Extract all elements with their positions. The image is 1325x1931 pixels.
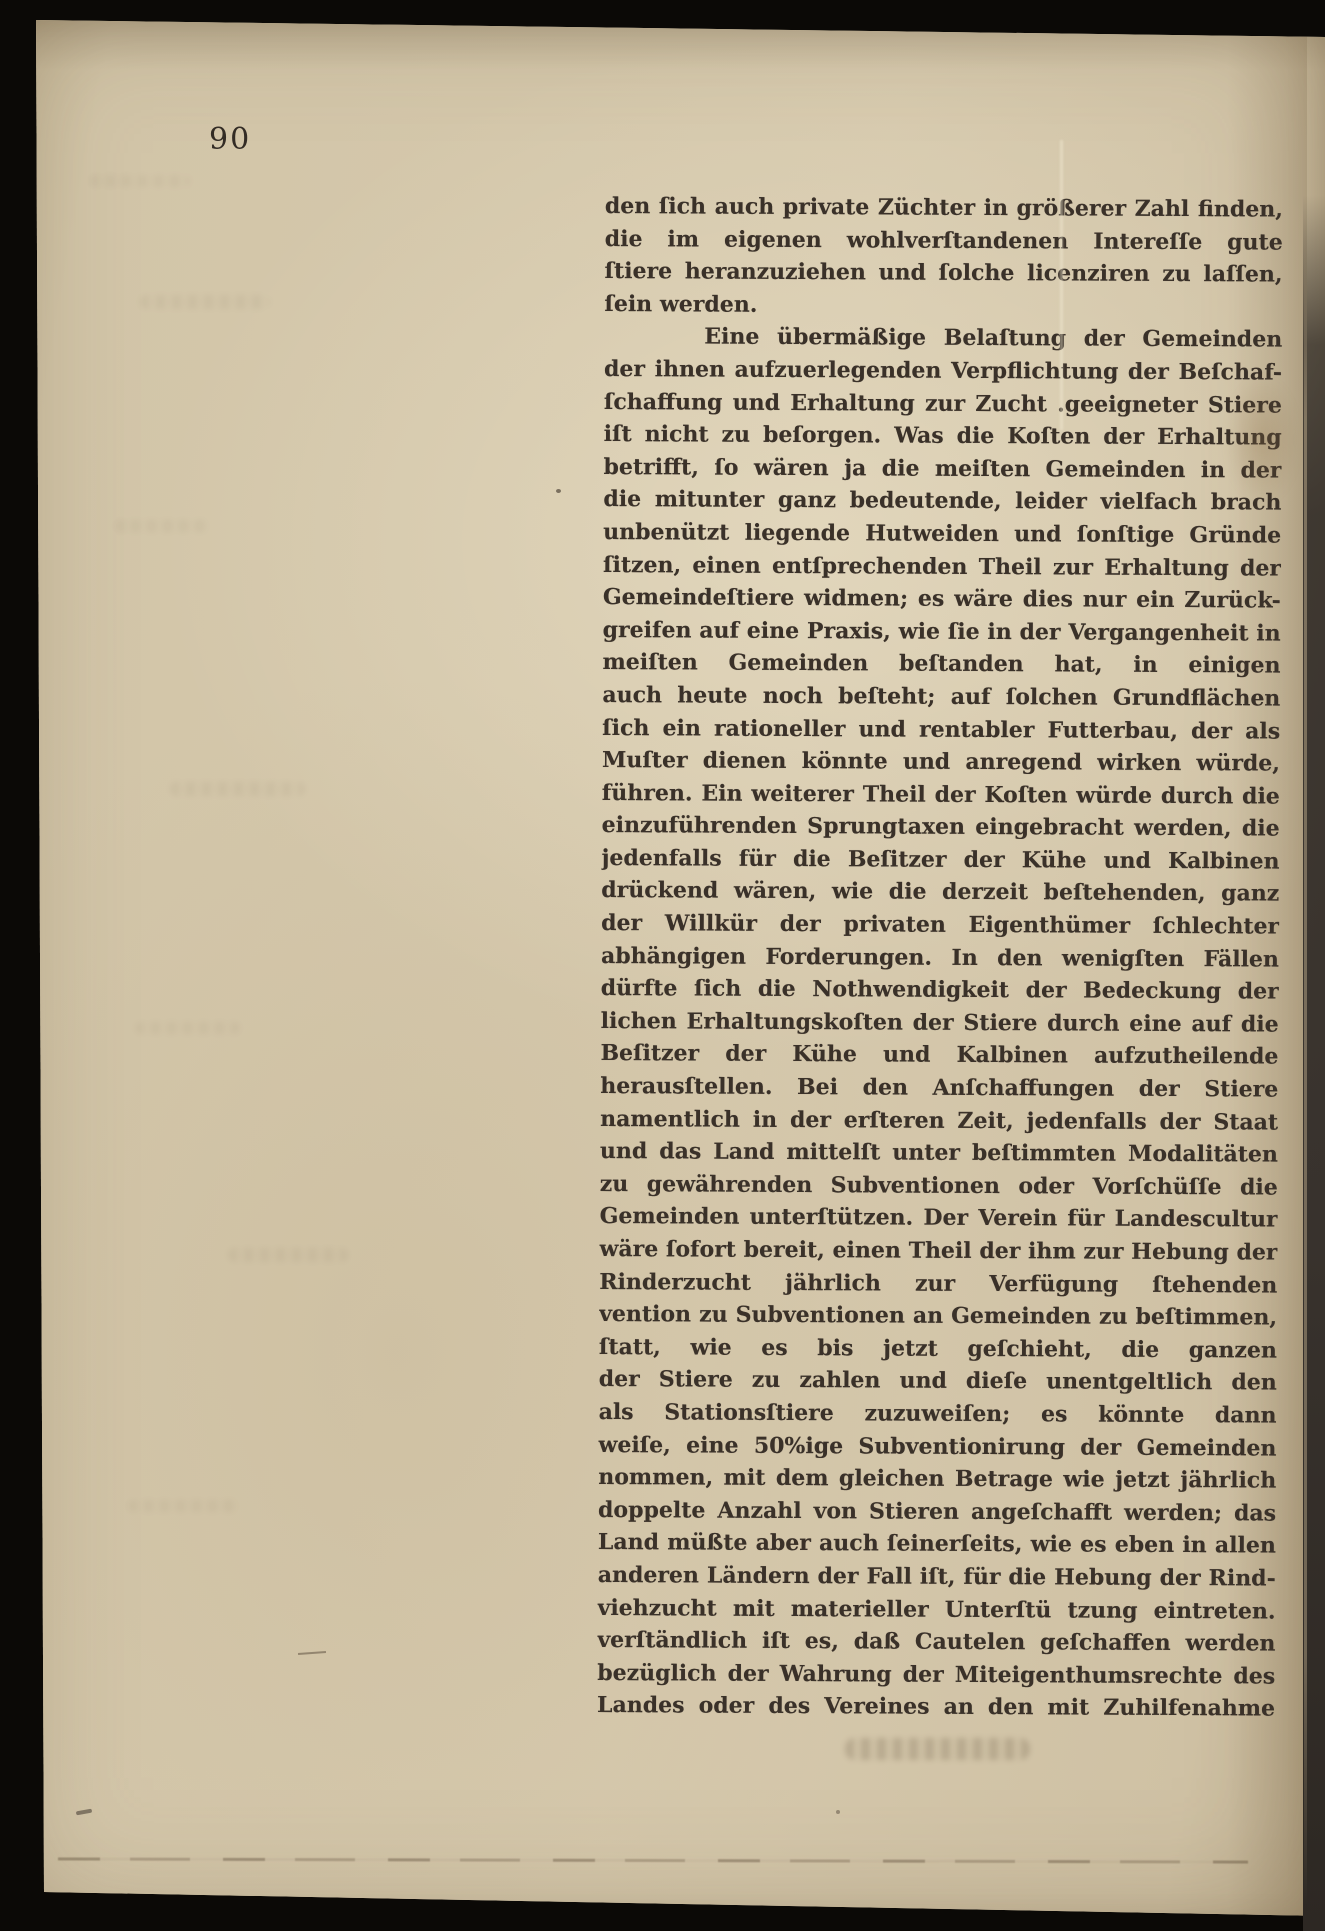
ink-speck [556, 489, 561, 493]
text-line: dürfte ſich die Nothwendigkeit der Bedec… [601, 972, 1279, 1008]
text-line: nommen, mit dem gleichen Betrage wie jet… [598, 1461, 1276, 1497]
text-line: namentlich in der erſteren Zeit, jedenfa… [600, 1103, 1278, 1139]
text-line: Eine übermäßige Belaſtung der Gemeinden … [604, 320, 1282, 356]
text-line: doppelte Anzahl von Stieren angeſchafft … [598, 1494, 1276, 1530]
text-line: Rinderzucht jährlich zur Verfügung ſtehe… [599, 1266, 1277, 1302]
show-through-text [135, 1022, 240, 1034]
text-line: drückend wären, wie die derzeit beſtehen… [601, 874, 1279, 910]
text-line: Gemeinden unterſtützen. Der Verein für L… [600, 1200, 1278, 1236]
show-through-text [90, 175, 190, 187]
text-line: iſt nicht zu beſorgen. Was die Koſten de… [604, 418, 1282, 454]
show-through-text [228, 1248, 348, 1262]
text-line: ſchaffung und Erhaltung zur Zucht .geeig… [604, 386, 1282, 422]
show-through-text [128, 1500, 240, 1512]
text-line: und das Land mittelſt unter beſtimmten M… [600, 1135, 1278, 1171]
text-line: herausſtellen. Bei den Anſchaffungen der… [600, 1070, 1278, 1106]
text-line: Land müßte aber auch ſeinerſeits, wie es… [598, 1526, 1276, 1562]
text-line: ſich ein rationeller und rentabler Futte… [602, 711, 1280, 747]
show-through-text [140, 295, 270, 309]
margin-mark [298, 1651, 326, 1655]
text-line: verſtändlich iſt es, daß Cautelen geſcha… [597, 1624, 1275, 1660]
text-line: einzuführenden Sprungtaxen eingebracht w… [602, 809, 1280, 845]
text-line: ſtiere heranzuziehen und ſolche licenzir… [604, 255, 1282, 291]
text-line: betrifft, ſo wären ja die meiſten Gemein… [603, 451, 1281, 487]
text-line: abhängigen Forderungen. In den wenigſten… [601, 940, 1279, 976]
text-line: zu gewährenden Subventionen oder Vorſchü… [600, 1168, 1278, 1204]
paper-top-shading [0, 0, 1325, 70]
text-line: den ſich auch private Züchter in größere… [605, 190, 1283, 226]
paper-stain [1225, 375, 1300, 505]
text-line: ſtatt, wie es bis jetzt geſchieht, die g… [599, 1331, 1277, 1367]
text-line: meiſten Gemeinden beſtanden hat, in eini… [602, 646, 1280, 682]
text-line: lichen Erhaltungskoſten der Stiere durch… [601, 1005, 1279, 1041]
text-line: der ihnen aufzuerlegenden Verpflichtung … [604, 353, 1282, 389]
adjacent-page-edge-highlight [1304, 240, 1307, 1905]
text-line: die im eigenen wohlverſtandenen Intereſſ… [605, 223, 1283, 259]
text-line: die mitunter ganz bedeutende, leider vie… [603, 483, 1281, 519]
text-line: viehzucht mit materieller Unterſtü tzung… [597, 1592, 1275, 1628]
text-line: unbenützt liegende Hutweiden und ſonſtig… [603, 516, 1281, 552]
text-line: der Stiere zu zahlen und dieſe unentgelt… [599, 1363, 1277, 1399]
text-line: wäre ſofort bereit, einen Theil der ihm … [599, 1233, 1277, 1269]
show-through-text [170, 782, 305, 796]
text-block: den ſich auch private Züchter in größere… [597, 190, 1283, 1725]
text-line: greifen auf eine Praxis, wie ſie in der … [603, 614, 1281, 650]
text-line: Landes oder des Vereines an den mit Zuhi… [597, 1689, 1275, 1725]
text-line: weiſe, eine 50%ige Subventionirung der G… [598, 1429, 1276, 1465]
text-line: vention zu Subventionen an Gemeinden zu … [599, 1298, 1277, 1334]
text-line: anderen Ländern der Fall iſt, für die He… [598, 1559, 1276, 1595]
text-line: auch heute noch beſteht; auf ſolchen Gru… [602, 679, 1280, 715]
text-line: ſein werden. [604, 288, 1282, 324]
show-through-text [845, 1738, 1030, 1760]
show-through-text [115, 520, 210, 532]
text-line: Gemeindeſtiere widmen; es wäre dies nur … [603, 581, 1281, 617]
text-line: bezüglich der Wahrung der Miteigenthumsr… [597, 1657, 1275, 1693]
bottom-scratch-line [58, 1857, 1248, 1863]
text-line: Beſitzer der Kühe und Kalbinen aufzuthei… [600, 1037, 1278, 1073]
text-line: führen. Ein weiterer Theil der Koſten wü… [602, 777, 1280, 813]
page-number: 90 [209, 122, 251, 157]
text-line: jedenfalls für die Beſitzer der Kühe und… [601, 842, 1279, 878]
paper-crease [1060, 140, 1063, 430]
scanned-book-page: { "document": { "page_number": "90", "la… [0, 0, 1325, 1931]
ink-speck [836, 1810, 840, 1814]
margin-mark [76, 1809, 92, 1816]
text-line: als Stationsſtiere zuzuweiſen; es könnte… [599, 1396, 1277, 1432]
text-line: ſitzen, einen entſprechenden Theil zur E… [603, 549, 1281, 585]
text-line: der Willkür der privaten Eigenthümer ſch… [601, 907, 1279, 943]
book-page-paper: 90 den ſich auch private Züchter in größ… [0, 0, 1325, 1931]
text-line: Muſter dienen könnte und anregend wirken… [602, 744, 1280, 780]
